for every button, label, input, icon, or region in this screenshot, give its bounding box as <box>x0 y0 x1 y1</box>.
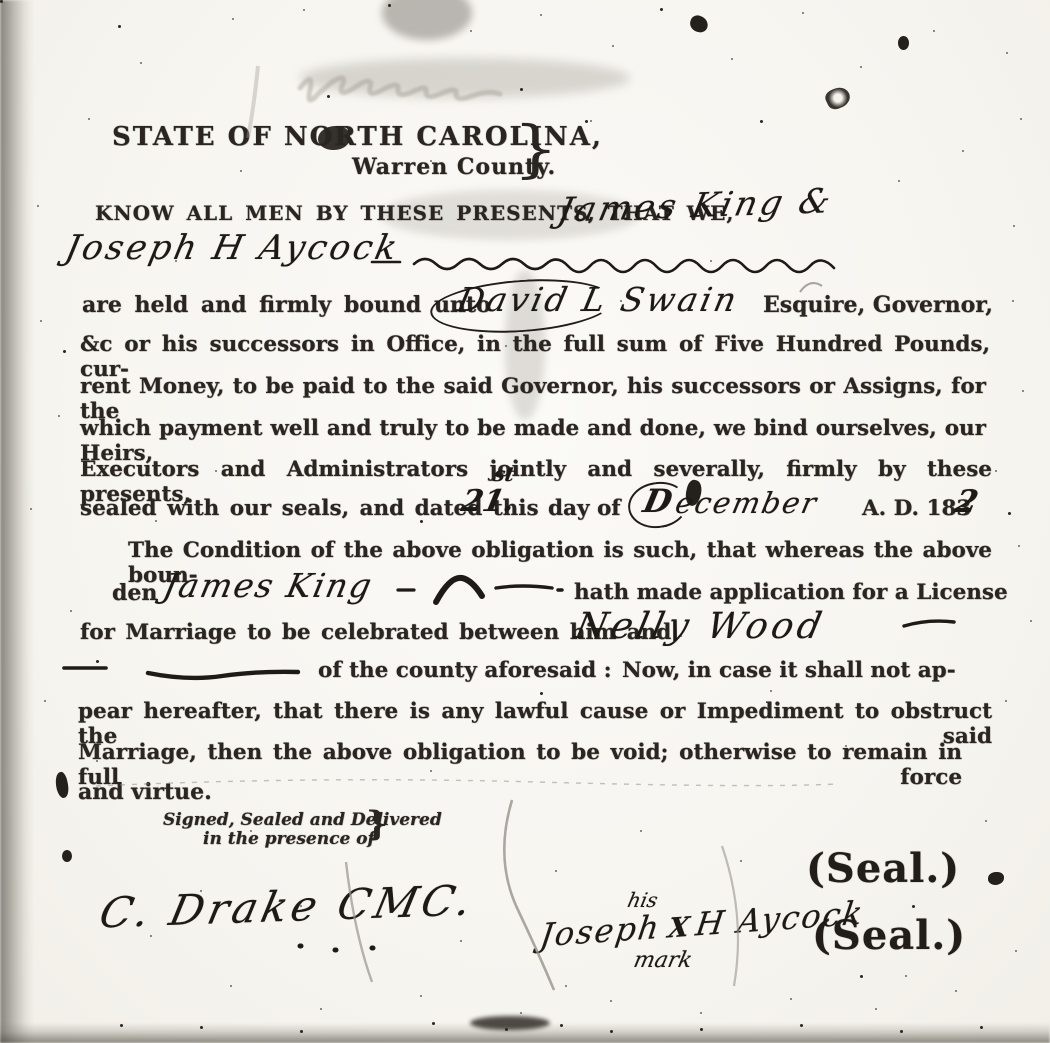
condition-application: hath made application for a License <box>574 580 1008 605</box>
handwritten-groom-name: James King <box>160 566 377 605</box>
bride-dash <box>904 621 954 626</box>
handwritten-month-rest: ecember <box>672 486 821 520</box>
bondsman-mark-x: X <box>666 912 691 945</box>
day-of-label: day of <box>548 496 621 521</box>
witness-signature: C. Drake CMC. <box>95 876 479 938</box>
handwritten-principal-1: James King & <box>555 181 837 230</box>
attestation-brace: } <box>366 804 388 844</box>
scanned-marriage-bond-document: STATE OF NORTH CAROLINA, Warren County. … <box>0 0 1050 1043</box>
bondsman-mark-label: mark <box>631 948 694 973</box>
top-stain <box>382 0 472 40</box>
ink-blob <box>688 13 710 34</box>
paper-speckles-dark <box>0 0 3 3</box>
handwritten-governor-name: David L Swain <box>454 280 743 319</box>
county-dash-2 <box>148 672 298 678</box>
margin-blob <box>53 771 70 799</box>
seal-top-label: (Seal.) <box>806 845 960 892</box>
condition-now-clause: Now, in case it shall not ap- <box>622 658 956 683</box>
ink-blob <box>898 36 909 50</box>
handwritten-day: 21. <box>458 484 518 519</box>
condition-line-virtue: and virtue. <box>78 779 212 805</box>
condition-den: den <box>112 580 157 606</box>
scan-left-edge-shadow <box>0 0 34 1043</box>
bound-unto-clause: are held and firmly bound unto <box>82 292 491 318</box>
small-curl <box>800 283 822 292</box>
attestation-line-1: Signed, Sealed and Delivered <box>163 810 442 830</box>
pencil-crease-1 <box>504 800 554 990</box>
fill-line-wavy <box>372 259 834 272</box>
margin-blob <box>62 850 72 862</box>
handwritten-bride-name: Nelly Wood <box>572 606 829 647</box>
handwritten-principal-2: Joseph H Aycock <box>62 228 404 268</box>
governor-title: Esquire, Governor, <box>763 292 993 318</box>
ghost-writing-smudge <box>300 58 630 98</box>
witness-dots <box>300 946 373 950</box>
condition-county-clause: of the county aforesaid : <box>318 658 612 683</box>
attestation-line-2: in the presence of <box>203 829 375 849</box>
header-brace: } <box>513 112 558 185</box>
handwritten-day-suffix: st <box>491 462 517 486</box>
ink-blob <box>988 872 1004 885</box>
bottom-ink-cluster <box>470 1016 550 1030</box>
ink-blob-donut <box>823 84 853 112</box>
